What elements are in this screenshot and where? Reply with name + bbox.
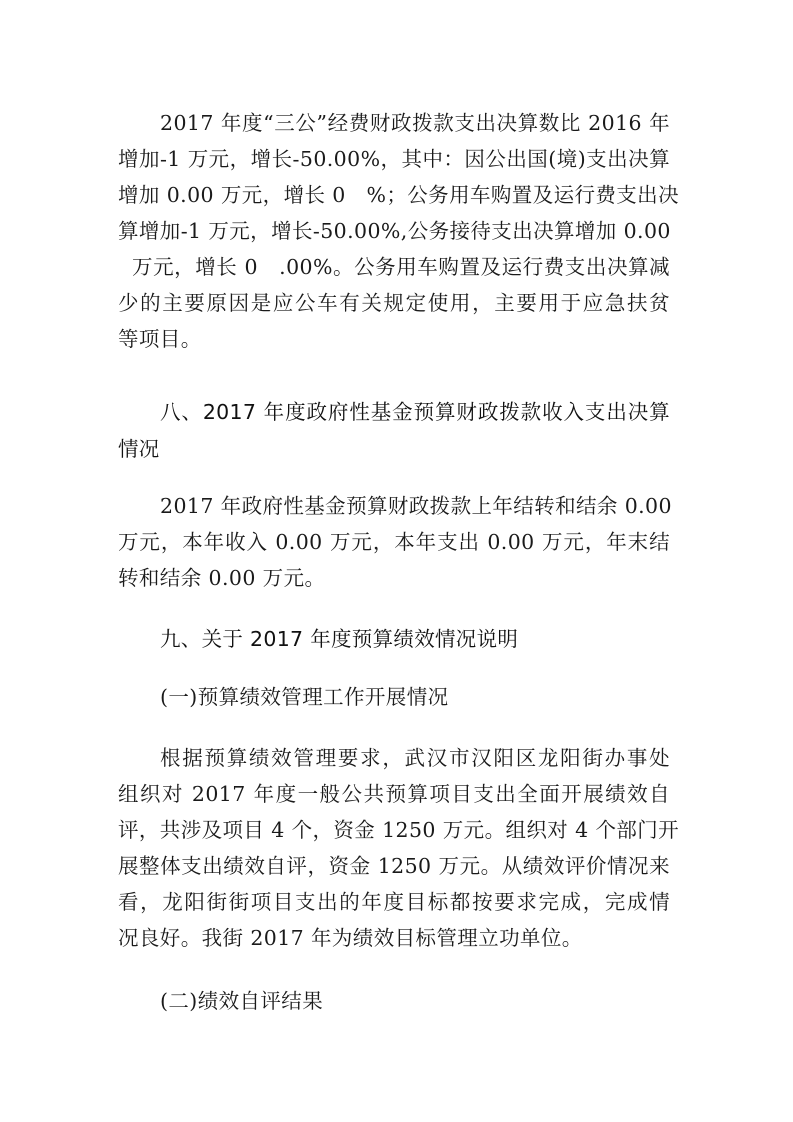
heading-line: 情况 xyxy=(118,437,160,461)
paragraph-line: 评，共涉及项目 4 个，资金 1250 万元。组织对 4 个部门开 xyxy=(118,818,670,842)
paragraph-line: 展整体支出绩效自评，资金 1250 万元。从绩效评价情况来 xyxy=(118,854,670,878)
paragraph-line: 2017 年度“三公”经费财政拨款支出决算数比 2016 年 xyxy=(160,111,670,135)
paragraph-line: 组织对 2017 年度一般公共预算项目支出全面开展绩效自 xyxy=(118,782,670,806)
section-9-heading: 九、关于 2017 年度预算绩效情况说明 xyxy=(160,627,518,651)
paragraph-line: 2017 年政府性基金预算财政拨款上年结转和结余 0.00 xyxy=(160,494,670,518)
paragraph-line: 根据预算绩效管理要求，武汉市汉阳区龙阳街办事处 xyxy=(160,746,670,770)
paragraph-line: 况良好。我街 2017 年为绩效目标管理立功单位。 xyxy=(118,926,583,950)
paragraph-line: 算增加-1 万元，增长-50.00%,公务接待支出决算增加 0.00 xyxy=(118,219,670,243)
paragraph-line: 万元，增长 0 .00%。公务用车购置及运行费支出决算减 xyxy=(132,255,670,279)
paragraph-line: 少的主要原因是应公车有关规定使用，主要用于应急扶贫 xyxy=(118,291,670,315)
subsection-1-heading: (一)预算绩效管理工作开展情况 xyxy=(160,685,449,709)
paragraph-line: 增加 0.00 万元，增长 0 %；公务用车购置及运行费支出决 xyxy=(118,183,670,207)
heading-line: 八、2017 年度政府性基金预算财政拨款收入支出决算 xyxy=(160,400,670,424)
paragraph-line: 看，龙阳街街项目支出的年度目标都按要求完成，完成情 xyxy=(118,890,670,914)
paragraph-line: 等项目。 xyxy=(118,327,202,351)
subsection-2-heading: (二)绩效自评结果 xyxy=(160,989,323,1013)
paragraph-line: 增加-1 万元，增长-50.00%，其中：因公出国(境)支出决算 xyxy=(118,147,670,171)
paragraph-line: 万元，本年收入 0.00 万元，本年支出 0.00 万元，年末结 xyxy=(118,530,670,554)
paragraph-line: 转和结余 0.00 万元。 xyxy=(118,566,325,590)
